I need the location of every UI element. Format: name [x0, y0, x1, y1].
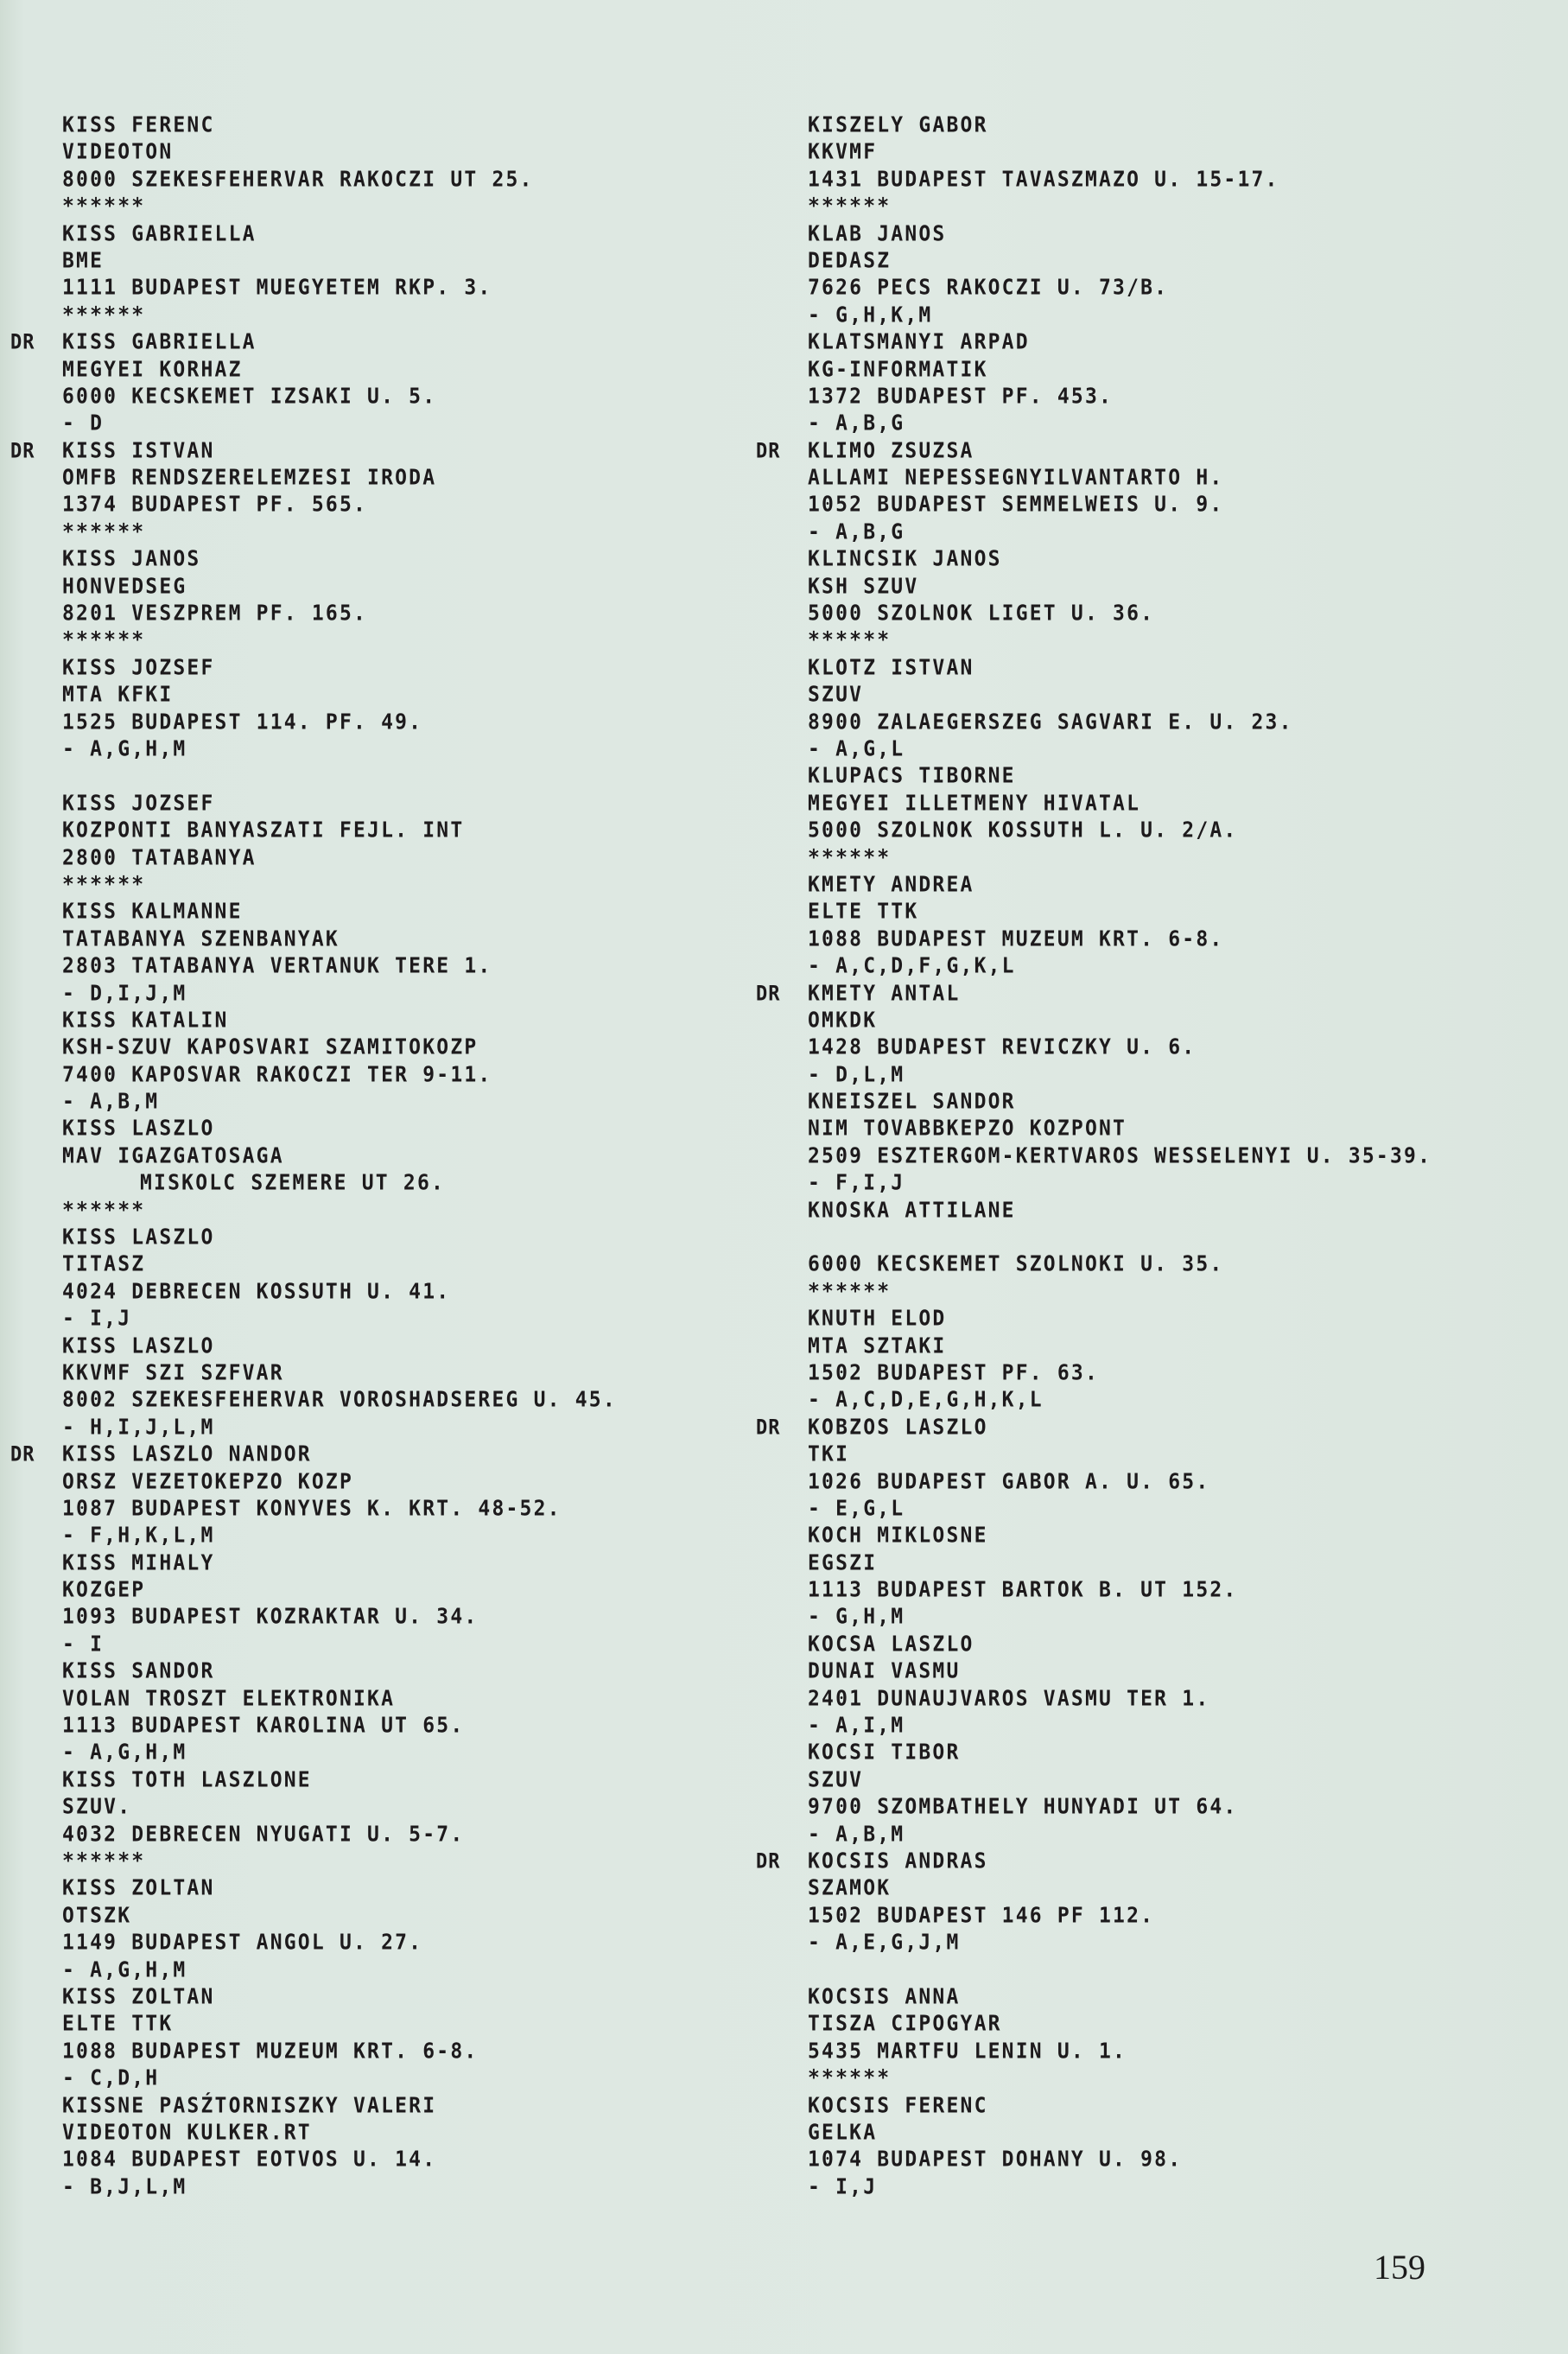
entry-line: SZAMOK [808, 1874, 1432, 1904]
line-text: 9700 SZOMBATHELY HUNYADI UT 64. [808, 1795, 1237, 1819]
entry-line: KISS LASZLO [62, 1224, 617, 1253]
entry-line: KISS FERENC [62, 111, 617, 141]
category-codes: - E,G,L [808, 1495, 1432, 1524]
line-text: - H,I,J,L,M [62, 1416, 215, 1440]
entry-line: 1111 BUDAPEST MUEGYETEM RKP. 3. [62, 274, 617, 303]
line-text: KISS GABRIELLA [62, 330, 257, 354]
line-text: - A,I,M [808, 1714, 905, 1738]
line-text: - A,G,H,M [62, 737, 187, 761]
line-text: SZUV [808, 1768, 863, 1792]
entry-line: KOCH MIKLOSNE [808, 1522, 1432, 1551]
line-text: MEGYEI KORHAZ [62, 357, 243, 381]
entry-line: MAV IGAZGATOSAGA [62, 1142, 617, 1172]
line-text: KLINCSIK JANOS [808, 547, 1002, 571]
line-text: 2803 TATABANYA VERTANUK TERE 1. [62, 954, 492, 978]
entry-line: MISKOLC SZEMERE UT 26. [62, 1169, 617, 1199]
entry-line: 5000 SZOLNOK KOSSUTH L. U. 2/A. [808, 817, 1432, 846]
entry-line: 1372 BUDAPEST PF. 453. [808, 383, 1432, 412]
entry-line: 1088 BUDAPEST MUZEUM KRT. 6-8. [62, 2037, 617, 2066]
line-text: - F,I,J [808, 1171, 905, 1195]
entry-line: BME [62, 247, 617, 277]
line-text: OMFB RENDSZERELEMZESI IRODA [62, 466, 436, 490]
line-text: - I,J [62, 1307, 131, 1331]
line-text: KOCSA LASZLO [808, 1632, 974, 1657]
line-text: OMKDK [808, 1008, 877, 1033]
line-text: DEDASZ [808, 249, 891, 273]
category-codes: - C,D,H [62, 2065, 617, 2094]
line-text: ****** [62, 1199, 145, 1223]
entry-line: DUNAI VASMU [808, 1657, 1432, 1687]
entry-line: 5000 SZOLNOK LIGET U. 36. [808, 600, 1432, 629]
category-codes: - A,B,M [808, 1820, 1432, 1849]
line-text: TISZA CIPOGYAR [808, 2012, 1002, 2036]
entry-line: TKI [808, 1441, 1432, 1470]
entry-line: SZUV. [62, 1793, 617, 1823]
entry-line: 1084 BUDAPEST EOTVOS U. 14. [62, 2146, 617, 2175]
entry-line: KISS ZOLTAN [62, 1983, 617, 2013]
category-codes: - F,I,J [808, 1169, 1432, 1199]
line-text: 1374 BUDAPEST PF. 565. [62, 493, 367, 517]
line-text: KNEISZEL SANDOR [808, 1090, 1016, 1114]
entry-line: KISS KATALIN [62, 1007, 617, 1036]
title-prefix: DR [756, 1413, 781, 1442]
entry-line: 8002 SZEKESFEHERVAR VOROSHADSEREG U. 45. [62, 1386, 617, 1416]
line-text: TITASZ [62, 1252, 145, 1276]
line-text: KISS ZOLTAN [62, 1876, 215, 1900]
entry-line: MEGYEI KORHAZ [62, 355, 617, 385]
line-text: SZUV [808, 683, 863, 707]
line-text: NIM TOVABBKEPZO KOZPONT [808, 1117, 1127, 1141]
line-text: ****** [62, 520, 145, 544]
separator-line: ****** [62, 627, 617, 656]
entry-line: KISS ZOLTAN [62, 1874, 617, 1904]
line-text: - A,C,D,F,G,K,L [808, 954, 1016, 978]
entry-line: KISSNE PASŹTORNISZKY VALERI [62, 2091, 617, 2121]
category-codes: - B,J,L,M [62, 2173, 617, 2202]
category-codes: - D [62, 410, 617, 439]
entry-line: KISZELY GABOR [808, 111, 1432, 141]
category-codes: - A,G,L [808, 735, 1432, 765]
separator-line: ****** [808, 627, 1432, 656]
entry-line: SZUV [808, 1766, 1432, 1796]
line-text: - C,D,H [62, 2066, 159, 2090]
line-text: KISS LASZLO [62, 1333, 215, 1358]
entry-line: KSH SZUV [808, 572, 1432, 601]
line-text: ****** [808, 845, 891, 869]
line-text: 1428 BUDAPEST REVICZKY U. 6. [808, 1035, 1196, 1059]
category-codes: - D,L,M [808, 1060, 1432, 1090]
line-text: KISS LASZLO NANDOR [62, 1442, 312, 1466]
line-text: KOZPONTI BANYASZATI FEJL. INT [62, 818, 464, 843]
entry-line: TISZA CIPOGYAR [808, 2010, 1432, 2039]
line-text: HONVEDSEG [62, 575, 187, 599]
category-codes: - I,J [808, 2173, 1432, 2202]
line-text: - A,B,G [808, 411, 905, 436]
title-prefix: DR [10, 436, 35, 466]
line-text: KLATSMANYI ARPAD [808, 330, 1030, 354]
entry-line: KKVMF [808, 138, 1432, 168]
line-text: ****** [62, 303, 145, 328]
separator-line: ****** [62, 1196, 617, 1225]
entry-line: KISS MIHALY [62, 1549, 617, 1578]
line-text: 4032 DEBRECEN NYUGATI U. 5-7. [62, 1823, 464, 1847]
line-text: - E,G,L [808, 1497, 905, 1521]
page-number: 159 [1374, 2247, 1425, 2287]
line-text: KISS JANOS [62, 547, 200, 571]
line-text: KOBZOS LASZLO [808, 1416, 988, 1440]
entry-line: OMKDK [808, 1007, 1432, 1036]
line-text: 1525 BUDAPEST 114. PF. 49. [62, 709, 422, 734]
line-text: KISS ISTVAN [62, 439, 215, 463]
entry-line: 6000 KECSKEMET IZSAKI U. 5. [62, 383, 617, 412]
category-codes: - D,I,J,M [62, 979, 617, 1008]
entry-line: KLAB JANOS [808, 219, 1432, 249]
line-text: - G,H,M [808, 1605, 905, 1629]
entry-line: 1087 BUDAPEST KONYVES K. KRT. 48-52. [62, 1495, 617, 1524]
category-codes: - F,H,K,L,M [62, 1522, 617, 1551]
line-text: 2509 ESZTERGOM-KERTVAROS WESSELENYI U. 3… [808, 1144, 1432, 1168]
entry-line: 6000 KECSKEMET SZOLNOKI U. 35. [808, 1250, 1432, 1280]
entry-line: 7400 KAPOSVAR RAKOCZI TER 9-11. [62, 1060, 617, 1090]
line-text: DUNAI VASMU [808, 1659, 961, 1683]
entry-line: KG-INFORMATIK [808, 355, 1432, 385]
entry-line: KNUTH ELOD [808, 1305, 1432, 1334]
line-text: KISZELY GABOR [808, 113, 988, 137]
line-text: - A,B,M [62, 1090, 159, 1114]
entry-line: KOCSI TIBOR [808, 1739, 1432, 1768]
entry-line: 2401 DUNAUJVAROS VASMU TER 1. [808, 1684, 1432, 1714]
entry-line: MEGYEI ILLETMENY HIVATAL [808, 790, 1432, 819]
title-prefix: DR [10, 1441, 35, 1470]
line-text: KKVMF SZI SZFVAR [62, 1361, 284, 1385]
line-text: KLIMO ZSUZSA [808, 439, 974, 463]
entry-line: 1074 BUDAPEST DOHANY U. 98. [808, 2146, 1432, 2175]
line-text: - A,G,H,M [62, 1740, 187, 1765]
line-text: - D,I,J,M [62, 981, 187, 1005]
line-text: KMETY ANDREA [808, 873, 974, 897]
line-text: - A,B,M [808, 1823, 905, 1847]
entry-line: KLUPACS TIBORNE [808, 762, 1432, 792]
line-text: KOZGEP [62, 1578, 145, 1602]
entry-line: KKVMF SZI SZFVAR [62, 1359, 617, 1389]
category-codes: - A,G,H,M [62, 1739, 617, 1768]
entry-line: KISS LASZLO [62, 1332, 617, 1361]
line-text: ****** [808, 1280, 891, 1304]
line-text: 1052 BUDAPEST SEMMELWEIS U. 9. [808, 493, 1223, 517]
left-column: KISS FERENCVIDEOTON8000 SZEKESFEHERVAR R… [62, 112, 617, 2201]
line-text: 8900 ZALAEGERSZEG SAGVARI E. U. 23. [808, 709, 1293, 734]
entry-line: 1026 BUDAPEST GABOR A. U. 65. [808, 1467, 1432, 1497]
directory-page: KISS FERENCVIDEOTON8000 SZEKESFEHERVAR R… [0, 0, 1568, 2354]
line-text: 1088 BUDAPEST MUZEUM KRT. 6-8. [62, 2039, 478, 2064]
entry-line: KISS LASZLO [62, 1115, 617, 1144]
category-codes: - G,H,K,M [808, 301, 1432, 330]
line-text: ****** [808, 628, 891, 652]
line-text: KISS JOZSEF [62, 656, 215, 680]
entry-line: DRKISS ISTVAN [62, 436, 617, 466]
entry-line: DRKOCSIS ANDRAS [808, 1848, 1432, 1877]
category-codes: - A,G,H,M [62, 735, 617, 765]
line-text: ORSZ VEZETOKEPZO KOZP [62, 1469, 353, 1493]
entry-line: 5435 MARTFU LENIN U. 1. [808, 2037, 1432, 2066]
line-text: KKVMF [808, 140, 877, 164]
line-text: KISS TOTH LASZLONE [62, 1768, 312, 1792]
entry-line: KLATSMANYI ARPAD [808, 328, 1432, 358]
line-text: 4024 DEBRECEN KOSSUTH U. 41. [62, 1280, 450, 1304]
entry-line: ORSZ VEZETOKEPZO KOZP [62, 1467, 617, 1497]
line-text: - A,C,D,E,G,H,K,L [808, 1388, 1044, 1412]
line-text: ****** [808, 194, 891, 219]
line-text: ****** [62, 1849, 145, 1874]
entry-line: 1093 BUDAPEST KOZRAKTAR U. 34. [62, 1603, 617, 1632]
line-text: KISSNE PASŹTORNISZKY VALERI [62, 2093, 436, 2117]
line-text: ELTE TTK [808, 900, 918, 924]
line-text: KNUTH ELOD [808, 1307, 946, 1331]
line-text: 5000 SZOLNOK KOSSUTH L. U. 2/A. [808, 818, 1237, 843]
entry-line: KLOTZ ISTVAN [808, 654, 1432, 684]
line-text: 1026 BUDAPEST GABOR A. U. 65. [808, 1469, 1209, 1493]
entry-line: KISS TOTH LASZLONE [62, 1766, 617, 1796]
entry-line: 9700 SZOMBATHELY HUNYADI UT 64. [808, 1793, 1432, 1823]
line-text: KOCSIS ANNA [808, 1985, 961, 2009]
line-text: 1093 BUDAPEST KOZRAKTAR U. 34. [62, 1605, 478, 1629]
entry-line: SZUV [808, 681, 1432, 710]
line-text: KISS SANDOR [62, 1659, 215, 1683]
entry-line: 1428 BUDAPEST REVICZKY U. 6. [808, 1034, 1432, 1063]
entry-line: KOCSA LASZLO [808, 1631, 1432, 1660]
line-text: KISS KATALIN [62, 1008, 229, 1033]
entry-line: KSH-SZUV KAPOSVARI SZAMITOKOZP [62, 1034, 617, 1063]
entry-line: VIDEOTON KULKER.RT [62, 2119, 617, 2148]
line-text: VIDEOTON KULKER.RT [62, 2121, 312, 2145]
line-text: VOLAN TROSZT ELEKTRONIKA [62, 1687, 395, 1711]
line-text: VIDEOTON [62, 140, 173, 164]
category-codes: - A,E,G,J,M [808, 1929, 1432, 1958]
line-text: KOCSIS ANDRAS [808, 1849, 988, 1874]
entry-line: EGSZI [808, 1549, 1432, 1578]
line-text: KISS ZOLTAN [62, 1985, 215, 2009]
line-text: 1084 BUDAPEST EOTVOS U. 14. [62, 2147, 436, 2172]
entry-line: 2800 TATABANYA [62, 843, 617, 873]
entry-line: DRKMETY ANTAL [808, 979, 1432, 1008]
entry-line: ALLAMI NEPESSEGNYILVANTARTO H. [808, 464, 1432, 493]
entry-line: MTA KFKI [62, 681, 617, 710]
category-codes: - G,H,M [808, 1603, 1432, 1632]
line-text: - A,G,L [808, 737, 905, 761]
entry-line: 8000 SZEKESFEHERVAR RAKOCZI UT 25. [62, 166, 617, 195]
line-text: SZAMOK [808, 1876, 891, 1900]
category-codes: - A,B,M [62, 1088, 617, 1117]
entry-line: KOZPONTI BANYASZATI FEJL. INT [62, 817, 617, 846]
entry-line: DRKOBZOS LASZLO [808, 1413, 1432, 1442]
entry-line: TITASZ [62, 1250, 617, 1280]
entry-line: 1088 BUDAPEST MUZEUM KRT. 6-8. [808, 925, 1432, 954]
category-codes: - A,C,D,E,G,H,K,L [808, 1386, 1432, 1416]
line-text: KOCH MIKLOSNE [808, 1524, 988, 1548]
blank-line [808, 1224, 1432, 1253]
entry-line: 7626 PECS RAKOCZI U. 73/B. [808, 274, 1432, 303]
title-prefix: DR [756, 1848, 781, 1877]
line-text: 5435 MARTFU LENIN U. 1. [808, 2039, 1127, 2064]
entry-line: KISS JANOS [62, 545, 617, 575]
line-text: KLOTZ ISTVAN [808, 656, 974, 680]
line-text: 1502 BUDAPEST 146 PF 112. [808, 1904, 1154, 1928]
entry-line: 1113 BUDAPEST BARTOK B. UT 152. [808, 1576, 1432, 1606]
line-text: KOCSIS FERENC [808, 2093, 988, 2117]
separator-line: ****** [62, 301, 617, 330]
separator-line: ****** [62, 871, 617, 900]
entry-line: KISS JOZSEF [62, 790, 617, 819]
entry-line: KMETY ANDREA [808, 871, 1432, 900]
line-text: KOCSI TIBOR [808, 1740, 961, 1765]
entry-line: GELKA [808, 2119, 1432, 2148]
line-text: 6000 KECSKEMET IZSAKI U. 5. [62, 385, 436, 409]
line-text: - F,H,K,L,M [62, 1524, 215, 1548]
category-codes: - A,I,M [808, 1712, 1432, 1741]
entry-line: 1502 BUDAPEST 146 PF 112. [808, 1902, 1432, 1931]
line-text: - D,L,M [808, 1063, 905, 1087]
line-text: EGSZI [808, 1551, 877, 1575]
title-prefix: DR [756, 979, 781, 1008]
line-text: 1087 BUDAPEST KONYVES K. KRT. 48-52. [62, 1497, 562, 1521]
category-codes: - A,G,H,M [62, 1956, 617, 1985]
entry-line: DRKISS LASZLO NANDOR [62, 1441, 617, 1470]
line-text: KISS FERENC [62, 113, 215, 137]
entry-line: HONVEDSEG [62, 572, 617, 601]
entry-line: 8900 ZALAEGERSZEG SAGVARI E. U. 23. [808, 708, 1432, 737]
line-text: KISS MIHALY [62, 1551, 215, 1575]
blank-line [808, 1956, 1432, 1985]
line-text: KG-INFORMATIK [808, 357, 988, 381]
line-text: 8002 SZEKESFEHERVAR VOROSHADSEREG U. 45. [62, 1388, 617, 1412]
line-text: - B,J,L,M [62, 2175, 187, 2199]
entry-line: 1149 BUDAPEST ANGOL U. 27. [62, 1929, 617, 1958]
line-text: 5000 SZOLNOK LIGET U. 36. [808, 601, 1154, 626]
line-text: SZUV. [62, 1795, 131, 1819]
entry-line: 1113 BUDAPEST KAROLINA UT 65. [62, 1712, 617, 1741]
line-text: ****** [62, 628, 145, 652]
category-codes: - A,C,D,F,G,K,L [808, 952, 1432, 982]
line-text: TATABANYA SZENBANYAK [62, 927, 340, 951]
line-text: KISS LASZLO [62, 1225, 215, 1250]
entry-line: 1431 BUDAPEST TAVASZMAZO U. 15-17. [808, 166, 1432, 195]
line-text: - A,B,G [808, 520, 905, 544]
line-text: KSH-SZUV KAPOSVARI SZAMITOKOZP [62, 1035, 478, 1059]
line-text: MTA SZTAKI [808, 1333, 946, 1358]
line-text: KSH SZUV [808, 575, 918, 599]
entry-line: MTA SZTAKI [808, 1332, 1432, 1361]
line-text: - G,H,K,M [808, 303, 932, 328]
entry-line: DEDASZ [808, 247, 1432, 277]
category-codes: - H,I,J,L,M [62, 1413, 617, 1442]
line-text: 1113 BUDAPEST KAROLINA UT 65. [62, 1714, 464, 1738]
entry-line: KOZGEP [62, 1576, 617, 1606]
line-text: KISS JOZSEF [62, 792, 215, 816]
line-text: 2800 TATABANYA [62, 845, 257, 869]
line-text: 1113 BUDAPEST BARTOK B. UT 152. [808, 1578, 1237, 1602]
entry-line: 1502 BUDAPEST PF. 63. [808, 1359, 1432, 1389]
entry-line: KISS JOZSEF [62, 654, 617, 684]
line-text: ****** [62, 194, 145, 219]
line-text: MISKOLC SZEMERE UT 26. [140, 1171, 445, 1195]
category-codes: - I [62, 1631, 617, 1660]
line-text: 2401 DUNAUJVAROS VASMU TER 1. [808, 1687, 1209, 1711]
line-text: KISS GABRIELLA [62, 221, 257, 245]
entry-line: KOCSIS ANNA [808, 1983, 1432, 2013]
entry-line: VOLAN TROSZT ELEKTRONIKA [62, 1684, 617, 1714]
line-text: 8201 VESZPREM PF. 165. [62, 601, 367, 626]
entry-line: NIM TOVABBKEPZO KOZPONT [808, 1115, 1432, 1144]
line-text: TKI [808, 1442, 849, 1466]
line-text: 7626 PECS RAKOCZI U. 73/B. [808, 276, 1168, 300]
line-text: ELTE TTK [62, 2012, 173, 2036]
entry-line: 2803 TATABANYA VERTANUK TERE 1. [62, 952, 617, 982]
line-text: 1431 BUDAPEST TAVASZMAZO U. 15-17. [808, 168, 1279, 192]
line-text: - I [62, 1632, 104, 1657]
line-text: ****** [808, 2066, 891, 2090]
entry-line: KOCSIS FERENC [808, 2091, 1432, 2121]
line-text: KISS KALMANNE [62, 900, 243, 924]
separator-line: ****** [808, 2065, 1432, 2094]
line-text: - D [62, 411, 104, 436]
entry-line: OTSZK [62, 1902, 617, 1931]
line-text: - I,J [808, 2175, 877, 2199]
line-text: 1111 BUDAPEST MUEGYETEM RKP. 3. [62, 276, 492, 300]
entry-line: KLINCSIK JANOS [808, 545, 1432, 575]
line-text: 7400 KAPOSVAR RAKOCZI TER 9-11. [62, 1063, 492, 1087]
entry-line: KNEISZEL SANDOR [808, 1088, 1432, 1117]
line-text: MAV IGAZGATOSAGA [62, 1144, 284, 1168]
line-text: 1502 BUDAPEST PF. 63. [808, 1361, 1099, 1385]
entry-line: KNOSKA ATTILANE [808, 1196, 1432, 1225]
entry-line: 1052 BUDAPEST SEMMELWEIS U. 9. [808, 491, 1432, 520]
line-text: ALLAMI NEPESSEGNYILVANTARTO H. [808, 466, 1223, 490]
entry-line: KISS SANDOR [62, 1657, 617, 1687]
line-text: MTA KFKI [62, 683, 173, 707]
category-codes: - A,B,G [808, 519, 1432, 548]
entry-line: 4032 DEBRECEN NYUGATI U. 5-7. [62, 1820, 617, 1849]
category-codes: - I,J [62, 1305, 617, 1334]
line-text: KISS LASZLO [62, 1117, 215, 1141]
line-text: ****** [62, 873, 145, 897]
line-text: 1372 BUDAPEST PF. 453. [808, 385, 1113, 409]
separator-line: ****** [62, 193, 617, 222]
entry-line: 8201 VESZPREM PF. 165. [62, 600, 617, 629]
entry-line: DRKISS GABRIELLA [62, 328, 617, 358]
line-text: 6000 KECSKEMET SZOLNOKI U. 35. [808, 1252, 1223, 1276]
entry-line: 2509 ESZTERGOM-KERTVAROS WESSELENYI U. 3… [808, 1142, 1432, 1172]
title-prefix: DR [756, 436, 781, 466]
line-text: - A,E,G,J,M [808, 1931, 961, 1955]
line-text: MEGYEI ILLETMENY HIVATAL [808, 792, 1140, 816]
line-text: - A,G,H,M [62, 1957, 187, 1982]
line-text: GELKA [808, 2121, 877, 2145]
entry-line: KISS GABRIELLA [62, 219, 617, 249]
separator-line: ****** [62, 519, 617, 548]
separator-line: ****** [808, 193, 1432, 222]
separator-line: ****** [808, 843, 1432, 873]
line-text: BME [62, 249, 104, 273]
line-text: KLAB JANOS [808, 221, 946, 245]
category-codes: - A,B,G [808, 410, 1432, 439]
right-column: KISZELY GABORKKVMF1431 BUDAPEST TAVASZMA… [808, 112, 1432, 2201]
entry-line: OMFB RENDSZERELEMZESI IRODA [62, 464, 617, 493]
separator-line: ****** [62, 1848, 617, 1877]
entry-line: TATABANYA SZENBANYAK [62, 925, 617, 954]
entry-line: 1374 BUDAPEST PF. 565. [62, 491, 617, 520]
line-text: KNOSKA ATTILANE [808, 1199, 1016, 1223]
entry-line: DRKLIMO ZSUZSA [808, 436, 1432, 466]
